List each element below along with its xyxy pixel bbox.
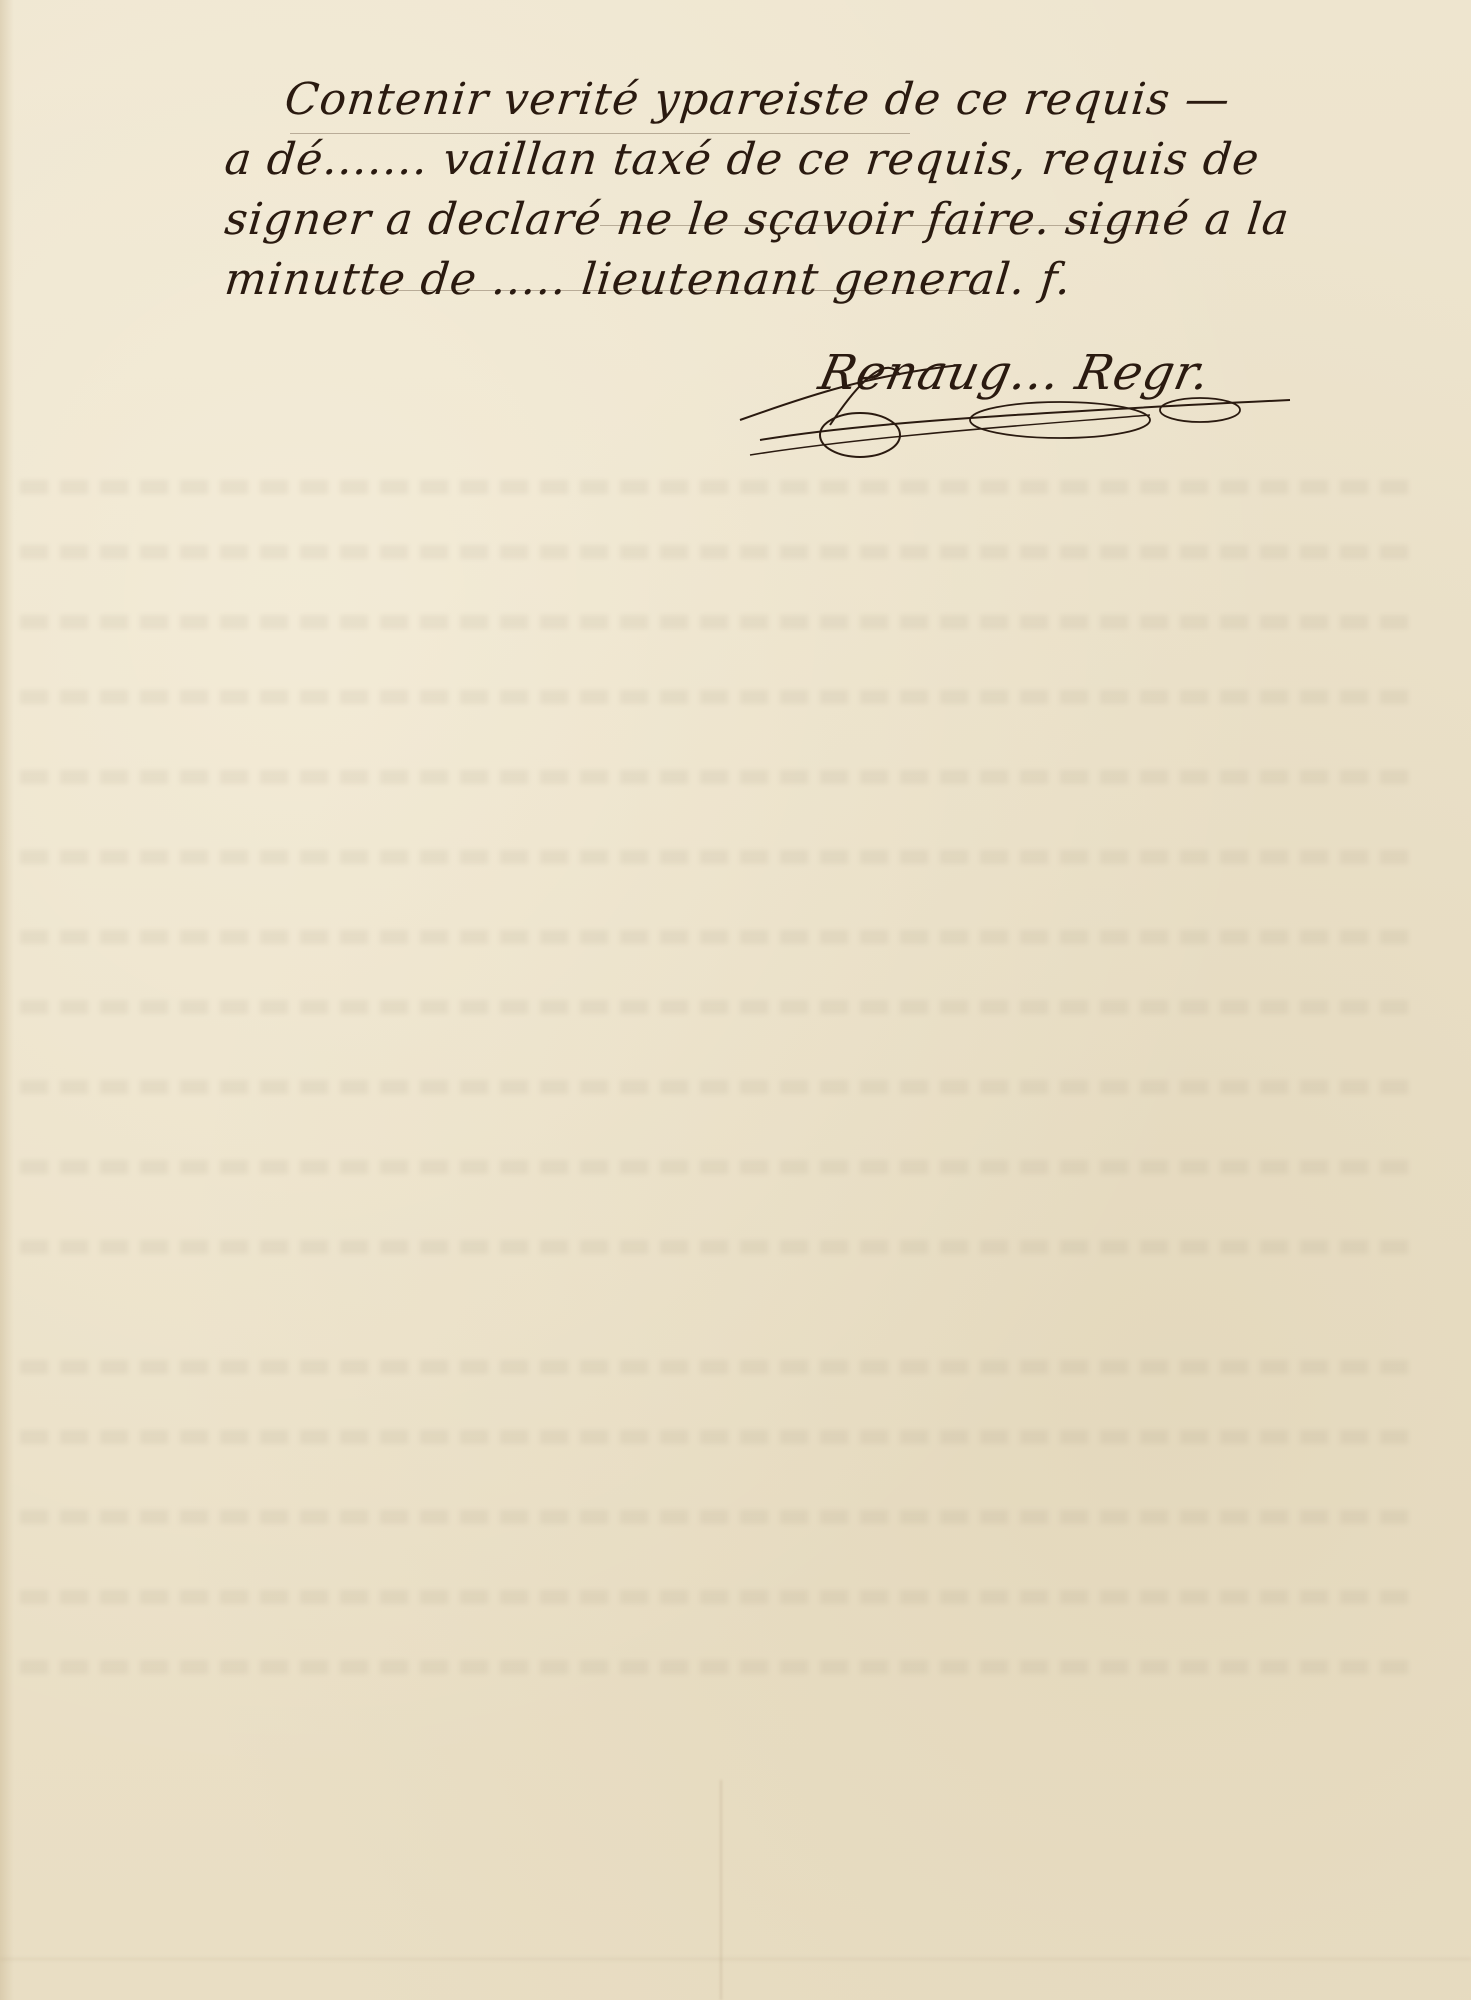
bleed-through-line xyxy=(20,1510,1411,1524)
manuscript-text: Contenir verité ypareiste de ce requis —… xyxy=(225,70,1425,310)
bleed-through-line xyxy=(20,930,1411,944)
manuscript-line-4: minutte de ..... lieutenant general. f. xyxy=(222,250,1428,310)
signature: Renaug... Regr. xyxy=(730,345,1330,465)
bleed-through-line xyxy=(20,1660,1411,1674)
bleed-through-line xyxy=(20,1240,1411,1254)
bleed-through-line xyxy=(20,1000,1411,1014)
paper-edge xyxy=(0,0,14,2000)
bleed-through-line xyxy=(20,1160,1411,1174)
bleed-through-line xyxy=(20,1590,1411,1604)
manuscript-line-3: signer a declaré ne le sçavoir faire. si… xyxy=(222,190,1428,250)
signature-name: Renaug... Regr. xyxy=(814,345,1216,401)
manuscript-line-1: Contenir verité ypareiste de ce requis — xyxy=(282,70,1428,130)
paper-fold xyxy=(0,1958,1471,1960)
bleed-through-line xyxy=(20,1430,1411,1444)
document-page: Contenir verité ypareiste de ce requis —… xyxy=(0,0,1471,2000)
bleed-through-line xyxy=(20,690,1411,704)
manuscript-line-2: a dé....... vaillan taxé de ce requis, r… xyxy=(222,130,1428,190)
bleed-through-line xyxy=(20,545,1411,559)
paper-fold xyxy=(720,1780,722,2000)
bleed-through-line xyxy=(20,1360,1411,1374)
bleed-through-line xyxy=(20,1080,1411,1094)
bleed-through-line xyxy=(20,850,1411,864)
bleed-through-line xyxy=(20,770,1411,784)
bleed-through-line xyxy=(20,615,1411,629)
bleed-through-line xyxy=(20,480,1411,494)
